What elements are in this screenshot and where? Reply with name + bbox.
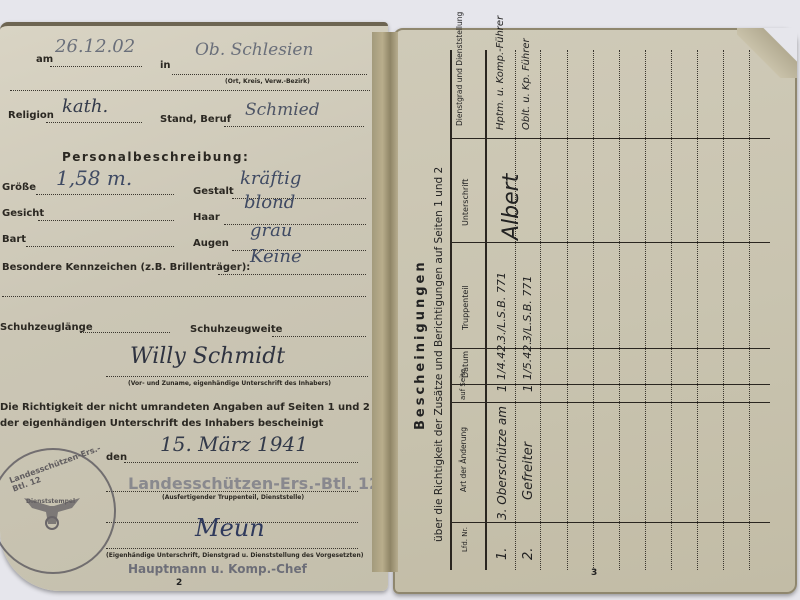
shoe-length-line: [80, 332, 170, 333]
officer-signature: Meun: [195, 514, 265, 542]
shoe-width-label: Schuhzeugweite: [190, 324, 282, 335]
stamp-center-text: Dienststempel: [26, 498, 75, 505]
table-left-border: [450, 50, 452, 570]
description-heading: Personalbeschreibung:: [62, 150, 249, 164]
officer-signature-line: [106, 548, 358, 549]
beard-label: Bart: [2, 234, 26, 245]
row-line-3: [567, 50, 568, 570]
marks-label: Besondere Kennzeichen (z.B. Brillenträge…: [2, 262, 250, 273]
holder-signature-hint: (Vor- und Zuname, eigenhändige Unterschr…: [128, 380, 331, 387]
row2-dienstgrad: Oblt. u. Kp. Führer: [521, 38, 532, 130]
torn-corner: [737, 28, 797, 78]
left-page: am 26.12.02 in Ob. Schlesien (Ort, Kreis…: [0, 22, 388, 591]
col-divider-1: [450, 138, 770, 139]
birth-place-label: in: [160, 60, 171, 71]
page-number-right: 3: [591, 568, 597, 578]
row2-art: Gefreiter: [521, 442, 536, 500]
birth-place-line: [172, 74, 367, 75]
right-page: Bescheinigungen über die Richtigkeit der…: [393, 28, 797, 594]
birth-date-value: 26.12.02: [55, 36, 135, 57]
religion-label: Religion: [8, 110, 54, 121]
row-line-4: [593, 50, 594, 570]
holder-signature: Willy Schmidt: [130, 344, 285, 369]
row-line-2: [540, 50, 541, 570]
hair-value: blond: [244, 192, 295, 213]
col-header-dienstgrad: Dienstgrad und Dienststellung: [455, 12, 464, 126]
cert-date-line: [124, 462, 358, 463]
col-header-truppenteil: Truppenteil: [461, 285, 470, 330]
row2-nr: 2.: [521, 548, 536, 560]
col-divider-6: [450, 522, 770, 523]
blank-line-2: [2, 296, 366, 297]
height-value: 1,58 m.: [56, 166, 132, 190]
row2-datum: 1/5.42.: [521, 341, 534, 380]
row-line-10: [749, 50, 750, 570]
issuing-unit-line: [106, 491, 358, 492]
blank-line: [10, 90, 370, 91]
official-stamp: Landesschützen-Ers.-Btl. 12 Dienststempe…: [0, 448, 116, 574]
row-line-8: [697, 50, 698, 570]
face-line: [38, 220, 174, 221]
certification-text-2: der eigenhändigen Unterschrift des Inhab…: [0, 418, 323, 429]
col-header-nr: Lfd. Nr.: [461, 527, 469, 552]
row-line-1: [515, 50, 516, 570]
shoe-length-label: Schuhzeuglänge: [0, 322, 93, 333]
cert-date-value: 15. März 1941: [160, 432, 308, 456]
page-number-left: 2: [176, 578, 182, 588]
holder-signature-line: [106, 376, 368, 377]
religion-value: kath.: [62, 96, 108, 117]
face-label: Gesicht: [2, 208, 44, 219]
marks-value: Keine: [250, 246, 302, 267]
height-label: Größe: [2, 182, 36, 193]
col-divider-2: [450, 242, 770, 243]
occupation-label: Stand, Beruf: [160, 114, 231, 125]
hair-label: Haar: [193, 212, 220, 223]
marks-line: [218, 274, 366, 275]
row1-truppenteil: 3./L.S.B. 771: [495, 272, 508, 342]
certification-text-1: Die Richtigkeit der nicht umrandeten Ang…: [0, 402, 395, 413]
birth-date-label: am: [36, 54, 53, 65]
eyes-label: Augen: [193, 238, 229, 249]
right-page-subtitle: über die Richtigkeit der Zusätze und Ber…: [433, 167, 445, 542]
row-line-5: [619, 50, 620, 570]
row-line-9: [723, 50, 724, 570]
right-page-title: Bescheinigungen: [413, 259, 428, 430]
col-header-datum: Datum: [461, 351, 470, 378]
row-line-7: [671, 50, 672, 570]
row1-dienstgrad: Hptm. u. Komp.-Führer: [495, 16, 506, 130]
book-spine: [372, 32, 398, 572]
table-header-border: [485, 50, 487, 570]
col-divider-5: [450, 402, 770, 403]
birth-place-hint: (Ort, Kreis, Verw.-Bezirk): [225, 78, 310, 85]
row-line-6: [645, 50, 646, 570]
build-label: Gestalt: [193, 186, 234, 197]
eagle-emblem-icon: [22, 490, 82, 530]
birth-date-line: [50, 66, 142, 67]
row1-art: 3. Oberschütze am: [495, 406, 509, 520]
row1-unterschrift: Albert: [499, 174, 524, 240]
col-header-art: Art der Änderung: [459, 427, 468, 492]
hair-line: [224, 224, 366, 225]
row1-nr: 1.: [495, 548, 510, 560]
row1-datum: 1/4.42.: [495, 341, 508, 380]
issuing-unit-hint: (Ausfertigender Truppenteil, Dienststell…: [162, 494, 304, 501]
shoe-width-line: [272, 336, 366, 337]
row2-seite: 1: [521, 384, 535, 392]
occupation-value: Schmied: [245, 100, 320, 120]
occupation-line: [224, 126, 364, 127]
col-header-unterschrift: Unterschrift: [461, 179, 470, 226]
height-line: [36, 194, 174, 195]
beard-line: [26, 246, 174, 247]
build-value: kräftig: [240, 168, 301, 189]
stamp-ring-text: Landesschützen-Ers.-Btl. 12: [8, 440, 114, 493]
birth-place-value: Ob. Schlesien: [195, 40, 313, 60]
religion-line: [46, 122, 142, 123]
officer-rank-stamp: Hauptmann u. Komp.-Chef: [128, 562, 307, 576]
eyes-value: grau: [250, 220, 292, 241]
row1-seite: 1: [495, 384, 509, 392]
row2-truppenteil: 3/L.S.B. 771: [521, 276, 534, 342]
officer-hint: (Eigenhändige Unterschrift, Dienstgrad u…: [106, 552, 363, 559]
